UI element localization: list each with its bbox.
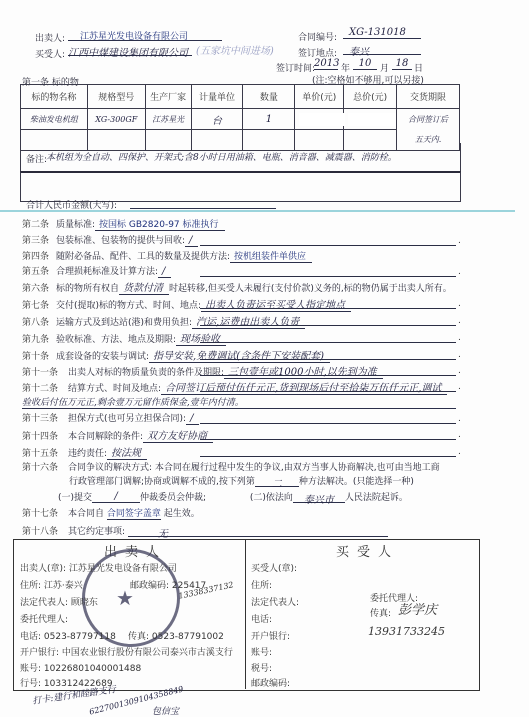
clause-value: / — [185, 235, 198, 247]
seller-line: 电话: 0523-87797118 — [20, 629, 116, 642]
clause-value: 汽运,运费由出卖人负责 — [192, 317, 305, 329]
line-end-dot: . — [458, 382, 461, 392]
clause-label: 标的物所有权自 — [56, 284, 119, 294]
article16-text2a: 行政管理部门调解;协商或调解不成的,按下列第 — [69, 477, 255, 487]
table-cell: 柴油发电机组 — [21, 109, 88, 130]
section-divider — [0, 210, 515, 212]
option2-suffix: 人民法院起诉。 — [345, 493, 408, 503]
buyer-line: 法定代表人: — [251, 595, 299, 608]
footer-note-line3: 包信宝 — [152, 704, 179, 717]
fill-line — [200, 456, 456, 457]
clause-label: 担保方式(也可另立担保合同): — [68, 414, 186, 424]
clause-value: / — [158, 266, 171, 278]
line-end-dot: . — [458, 350, 461, 360]
article18-value: 无 — [128, 525, 388, 537]
seller-line: 法定代表人: 顾晓东 — [20, 595, 98, 608]
buyer-line: 邮政编码: — [251, 676, 290, 689]
clause-number: 第十三条 — [22, 411, 68, 424]
table-cell: 1 — [243, 109, 295, 130]
sign-time-label: 签订时间: — [276, 61, 315, 74]
table-cell: 合同签订后 — [397, 109, 460, 130]
table-cell: 江苏星光 — [145, 109, 191, 130]
clause-number: 第六条 — [22, 281, 56, 294]
article16-line2: 行政管理部门调解;协商或调解不成的,按下列第二种方法解决。(只能选择一种) — [69, 474, 414, 487]
clause-label: 验收标准、方法、地点及期限: — [56, 335, 176, 345]
line-end-dot: . — [458, 236, 461, 246]
buyer-name: 江西中煤建设集团有限公司 — [68, 44, 192, 56]
clause-label: 结算方式、时间及地点: — [68, 384, 161, 394]
party-divider — [245, 539, 246, 689]
col-header: 单价(元) — [295, 85, 344, 109]
clause-number: 第十条 — [22, 349, 56, 362]
table-cell: XG-300GF — [87, 109, 145, 130]
sign-month: 10 — [353, 58, 377, 70]
clause-number: 第十四条 — [22, 429, 68, 442]
clause-number: 第十八条 — [22, 524, 68, 537]
fill-line — [200, 308, 456, 309]
line-end-dot: . — [458, 316, 461, 326]
clause-label: 本合同解除的条件: — [68, 432, 143, 442]
fill-line — [200, 391, 456, 392]
clause-label: 合理损耗标准及计算方法: — [56, 267, 158, 277]
seller-line: 开户银行: 中国农业银行股份有限公司泰兴市古溪支行 — [20, 645, 233, 658]
line-end-dot: . — [458, 447, 461, 457]
seller-line: 委托代理人: — [20, 612, 68, 625]
seller-line: 账号: 10226801040001488 — [20, 661, 141, 674]
clause-value-continued: 验收后付伍万元正,剩余壹万元留作质保金,壹年内付清。 — [22, 395, 456, 409]
arbitration-committee: / — [92, 491, 140, 503]
article16-text2b: 种方法解决。(只能选择一种) — [299, 477, 414, 487]
buyer-agent-phone: 13931733245 — [368, 625, 445, 638]
clause-label: 随附必备品、配件、工具的数量及提供方法: — [56, 252, 230, 262]
buyer-line: 住所: — [251, 578, 272, 591]
redaction — [299, 113, 345, 126]
fill-line — [200, 276, 456, 277]
clause-number: 第十七条 — [22, 506, 68, 519]
clause-number: 第十一条 — [22, 365, 68, 378]
clause-row: 第六条标的物所有权自货款付清时起转移,但买受人未履行(支付价款)义务的,标的物仍… — [22, 279, 452, 294]
method-choice: 二 — [255, 475, 299, 487]
buyer-line: 账号: — [251, 645, 272, 658]
buyer-line: 开户银行: — [251, 629, 290, 642]
clause-value: 三包壹年或1000小时,以先到为准 — [224, 367, 383, 379]
line-end-dot: . — [458, 267, 461, 277]
clause-row: 第九条验收标准、方法、地点及期限:现场验收 — [22, 330, 226, 345]
seller-line: 住所: 江苏·泰兴 — [20, 578, 83, 591]
clause-label: 运输方式及到达站(港)和费用负担: — [56, 318, 192, 328]
clause-number: 第十二条 — [22, 381, 68, 394]
col-header: 计量单位 — [191, 85, 243, 109]
clause-value: 按国标 GB2820-97 标准执行 — [95, 220, 224, 231]
clause-number: 第十六条 — [22, 460, 68, 473]
buyer-line: 税号: — [251, 661, 272, 674]
clause-row: 第四条随附必备品、配件、工具的数量及提供方法:按机组装件单供应 — [22, 249, 312, 262]
article16-options: (一)提交/仲裁委员会仲裁; (二)依法向泰兴市人民法院起诉。 — [58, 490, 408, 503]
line-end-dot: . — [458, 366, 461, 376]
clause-label: 交付(提取)标的物方式、时间、地点: — [56, 301, 201, 311]
clause-number: 第十五条 — [22, 446, 68, 459]
line-end-dot: . — [458, 414, 461, 424]
fill-line — [200, 245, 456, 246]
buyer-agent-signature: 彭学庆 — [398, 599, 437, 618]
clause-suffix: 时起转移,但买受人未履行(支付价款)义务的,标的物仍属于出卖人所有。 — [169, 284, 452, 294]
sign-day: 18 — [392, 58, 412, 70]
article17-label: 本合同自 — [68, 509, 104, 519]
clause-row: 第二条质量标准:按国标 GB2820-97 标准执行 — [22, 217, 225, 230]
table-cell: 台 — [191, 109, 243, 130]
article16-text1: 合同争议的解决方式: 本合同在履行过程中发生的争议,由双方当事人协商解决,也可由… — [68, 463, 440, 473]
clause-number: 第三条 — [22, 233, 56, 246]
line-end-dot: . — [458, 299, 461, 309]
clause-value: 现场验收 — [176, 334, 226, 346]
clause-value: 按法规 — [107, 448, 147, 460]
article18-label: 其它约定事项: — [68, 527, 125, 537]
clause-value: 按机组装件单供应 — [230, 252, 312, 263]
remarks-value: 本机组为全自动、四保护、开架式;含8小时日用油箱、电瓶、消音器、减震器、消防栓。 — [46, 150, 397, 163]
col-header: 规格型号 — [87, 85, 145, 109]
fill-line — [200, 423, 456, 424]
fill-line — [200, 439, 456, 440]
clause-number: 第七条 — [22, 298, 56, 311]
clause-row: 第五条合理损耗标准及计算方法:/ — [22, 264, 171, 277]
clause-label: 质量标准: — [56, 220, 95, 230]
line-end-dot: . — [458, 333, 461, 343]
clause-value: 指导安装,免费调试(含条件下安装配套) — [149, 351, 330, 363]
col-header: 数量 — [243, 85, 295, 109]
article18: 第十八条其它约定事项: 无 — [22, 524, 388, 537]
col-header: 标的物名称 — [21, 85, 88, 109]
clause-number: 第八条 — [22, 315, 56, 328]
clause-value: / — [186, 413, 199, 425]
article16: 第十六条合同争议的解决方式: 本合同在履行过程中发生的争议,由双方当事人协商解决… — [22, 460, 440, 473]
col-header: 交货期限 — [397, 85, 460, 109]
contract-no-label: 合同编号: — [298, 30, 337, 43]
clause-number: 第四条 — [22, 249, 56, 262]
remarks-label: 备注: — [26, 152, 47, 165]
col-header: 总价(元) — [344, 85, 397, 109]
clause-number: 第二条 — [22, 217, 56, 230]
buyer-line: 买受人(章): — [251, 561, 297, 574]
clause-value: 出卖人负责运至买受人指定地点 — [201, 300, 351, 312]
clause-number: 第五条 — [22, 264, 56, 277]
clause-value: 双方友好协商 — [143, 431, 213, 443]
contract-no: XG-131018 — [343, 27, 421, 39]
buyer-fax-label: 传真: — [370, 606, 391, 619]
total-value — [130, 197, 276, 209]
seller-name: 江苏星光发电设备有限公司 — [68, 29, 222, 41]
seller-line: 出卖人(章): 江苏星光发电设备有限公司 — [20, 561, 177, 574]
fill-line — [200, 342, 456, 343]
fill-line — [200, 359, 456, 360]
option1-label: (一)提交 — [58, 493, 92, 503]
col-header: 生产厂家 — [145, 85, 191, 109]
clause-row: 第十三条担保方式(也可另立担保合同):/ — [22, 411, 199, 424]
article17-value: 合同签字盖章 — [107, 509, 161, 520]
sign-year: 2013 — [314, 58, 338, 70]
items-header-row: 标的物名称 规格型号 生产厂家 计量单位 数量 单价(元) 总价(元) 交货期限 — [21, 85, 460, 109]
seller-fax: 传真: 0523-87791002 — [128, 629, 224, 642]
clause-label: 包装标准、包装物的提供与回收: — [56, 236, 185, 246]
redaction — [348, 113, 396, 126]
clause-label: 成套设备的安装与调试: — [56, 352, 149, 362]
fill-line — [200, 325, 456, 326]
clause-row: 第三条包装标准、包装物的提供与回收:/ — [22, 233, 198, 246]
contract-page: 出卖人: 江苏星光发电设备有限公司 买受人: 江西中煤建设集团有限公司 (五家坑… — [0, 0, 529, 717]
clause-row: 第十五条违约责任:按法规 — [22, 444, 147, 459]
clause-value: 合同签订后预付伍仟元正,货到现场后付至拾柒万伍仟元正,调试 — [161, 383, 447, 395]
court-name: 泰兴市 — [293, 491, 345, 503]
buyer-line: 电话: — [251, 612, 272, 625]
line-end-dot: . — [458, 430, 461, 440]
buyer-annotation: (五家坑中间进场) — [196, 42, 274, 57]
buyer-block-title: 买受人 — [336, 541, 399, 560]
article17-suffix: 起生效。 — [164, 509, 200, 519]
clause-label: 违约责任: — [68, 449, 107, 459]
clause-row: 第十四条本合同解除的条件:双方友好协商 — [22, 427, 213, 442]
article17: 第十七条本合同自 合同签字盖章 起生效。 — [22, 506, 200, 519]
option2-label: (二)依法向 — [250, 493, 293, 503]
clause-value: 货款付清 — [119, 283, 169, 295]
buyer-label: 买受人: — [35, 47, 65, 60]
clause-number: 第九条 — [22, 332, 56, 345]
seller-label: 出卖人: — [35, 31, 65, 44]
fill-line — [200, 375, 456, 376]
option1-suffix: 仲裁委员会仲裁; — [140, 493, 206, 503]
sign-place: 泰兴 — [343, 43, 421, 55]
clause-label: 出卖人对标的物质量负责的条件及期限: — [68, 368, 224, 378]
